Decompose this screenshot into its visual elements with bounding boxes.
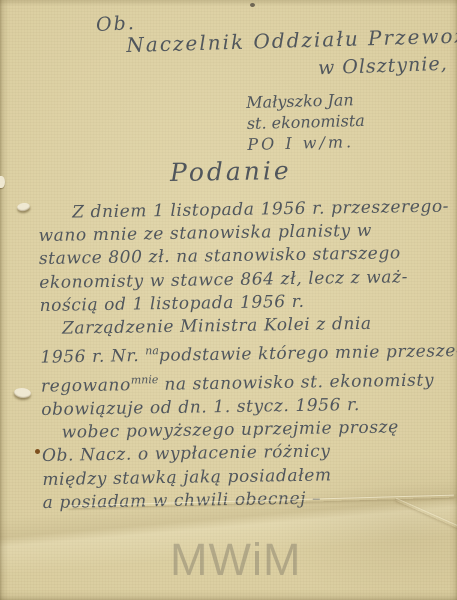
body-line-text: na stanowisko st. ekonomisty bbox=[158, 371, 434, 395]
sender-unit: PO I w/m. bbox=[247, 131, 366, 155]
addressee-line-1: Naczelnik Oddziału Przewozów bbox=[126, 23, 457, 57]
paper-hole-top bbox=[17, 202, 31, 212]
body-line-text: 1956 r. Nr. bbox=[40, 346, 145, 368]
paper-speck bbox=[250, 3, 255, 7]
paper-edge-nick bbox=[0, 176, 5, 188]
ink-blot bbox=[35, 449, 40, 454]
letter-body: Z dniem 1 listopada 1956 r. przeszerego-… bbox=[38, 195, 457, 514]
paper-hole-bottom bbox=[14, 387, 32, 399]
body-line-text: regowano bbox=[41, 375, 131, 396]
inserted-word: na bbox=[145, 344, 159, 357]
inserted-word: mnie bbox=[131, 373, 159, 386]
body-line-text: podstawie którego mnie przesze- bbox=[159, 341, 457, 366]
addressee-line-2: w Olsztynie, bbox=[318, 53, 448, 80]
scanned-document: Ob. Naczelnik Oddziału Przewozów w Olszt… bbox=[0, 0, 457, 600]
watermark: MWiM bbox=[170, 534, 301, 586]
sender-block: Małyszko Jan st. ekonomista PO I w/m. bbox=[246, 89, 366, 155]
document-title: Podanie bbox=[170, 156, 292, 187]
